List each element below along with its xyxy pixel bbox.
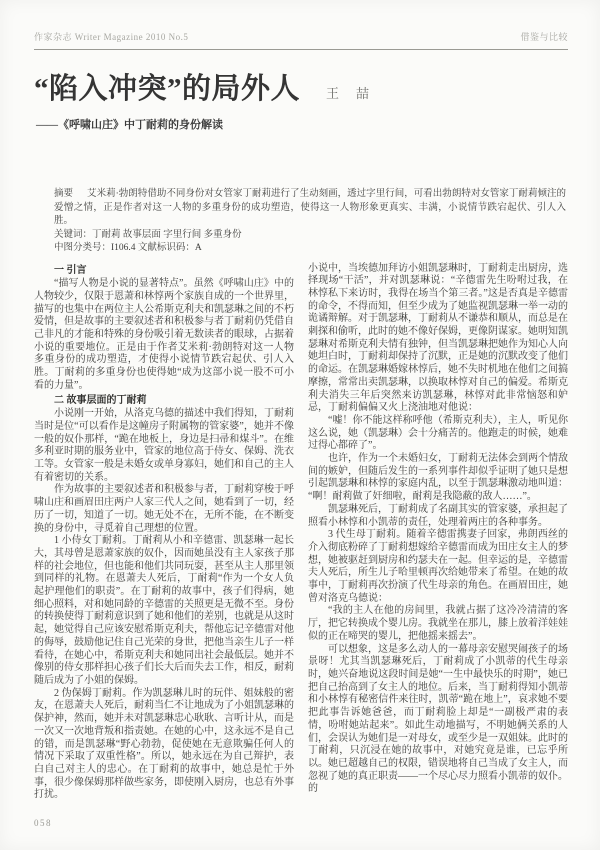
abstract-paragraph: 摘要艾米莉·勃朗特借助不同身份对女管家丁耐莉进行了生动刻画，透过字里行间，可看出… xyxy=(54,188,566,229)
body-paragraph: 2 伪保姆丁耐莉。作为凯瑟琳儿时的玩伴、姐妹般的密友，在恩萧夫人死后，耐莉当仁不… xyxy=(34,688,294,802)
body-paragraph-continued: 小说中，当埃德加拜访小姐凯瑟琳时，丁耐莉走出厨房，选择现场“干活”，并对凯瑟琳说… xyxy=(308,263,568,415)
journal-info: 作家杂志 Writer Magazine 2010 No.5 xyxy=(34,30,188,43)
body-paragraph: 小说刚一开始，从洛克乌德的描述中我们得知，丁耐莉当时是位“可以看作是这幢房子附属… xyxy=(34,408,294,484)
body-paragraph: 也许，作为一个未婚妇女，丁耐莉无法体会到两个情敌间的嫉妒，但随后发生的一系列事件… xyxy=(308,453,568,504)
body-paragraph: 可以想象，这是多么动人的一幕母亲安慰哭闹孩子的场景呀！尤其当凯瑟琳死后，丁耐莉成… xyxy=(308,644,568,796)
body-paragraph: 凯瑟琳死后，丁耐莉成了名副其实的管家婆，承担起了照看小林惇和小凯蒂的责任，处理着… xyxy=(308,504,568,529)
journal-page: 作家杂志 Writer Magazine 2010 No.5 借鉴与比较 “陷入… xyxy=(0,0,600,850)
left-column: 一 引言 “描写人物是小说的显著特点”。虽然《呼啸山庄》中的人物较少，仅限于恩萧… xyxy=(34,263,294,803)
body-paragraph: 作为故事的主要叙述者和积极参与者，丁耐莉穿梭于呼啸山庄和画眉田庄两户人家三代人之… xyxy=(34,484,294,535)
article-title: “陷入冲突”的局外人 xyxy=(34,73,300,105)
abstract-label: 摘要 xyxy=(54,189,73,199)
article-subtitle: ——《呼啸山庄》中丁耐莉的身份解读 xyxy=(36,116,568,132)
page-number: 058 xyxy=(34,818,52,828)
article-body: 一 引言 “描写人物是小说的显著特点”。虽然《呼啸山庄》中的人物较少，仅限于恩萧… xyxy=(34,263,568,803)
abstract-text: 艾米莉·勃朗特借助不同身份对女管家丁耐莉进行了生动刻画，透过字里行间，可看出勃朗… xyxy=(54,189,566,226)
body-paragraph: 1 小侍女丁耐莉。丁耐莉从小和辛德雷、凯瑟琳一起长大，其母曾是恩萧家族的奴仆，因… xyxy=(34,535,294,687)
page-header: 作家杂志 Writer Magazine 2010 No.5 借鉴与比较 xyxy=(34,30,568,43)
body-paragraph: “描写人物是小说的显著特点”。虽然《呼啸山庄》中的人物较少，仅限于恩萧和林惇两个… xyxy=(34,278,294,392)
quote-paragraph: “我的主人在他的房间里，我就占据了这冷冷清清的客厅，把它转换成个婴儿房。我就坐在… xyxy=(308,605,568,643)
section-heading-1: 一 引言 xyxy=(34,265,294,278)
title-row: “陷入冲突”的局外人王 喆 xyxy=(34,66,568,107)
quote-paragraph: “嘘！你不能这样称呼他（希斯克利夫），主人，听见你这么说，她（凯瑟琳）会十分痛苦… xyxy=(308,415,568,453)
author-name: 王 喆 xyxy=(326,86,371,101)
clc-line: 中图分类号：I106.4 文献标识码：A xyxy=(54,242,566,256)
header-divider xyxy=(34,49,568,50)
keywords-line: 关键词：丁耐莉 故事层面 字里行间 多重身份 xyxy=(54,229,566,243)
body-paragraph: 3 代生母丁耐莉。随着辛德雷携妻子回家，弗朗西丝的介入彻底粉碎了丁耐莉想嫁给辛德… xyxy=(308,529,568,605)
section-heading-2: 二 故事层面的丁耐莉 xyxy=(34,395,294,408)
right-column: 小说中，当埃德加拜访小姐凯瑟琳时，丁耐莉走出厨房，选择现场“干活”，并对凯瑟琳说… xyxy=(308,263,568,803)
abstract-block: 摘要艾米莉·勃朗特借助不同身份对女管家丁耐莉进行了生动刻画，透过字里行间，可看出… xyxy=(54,188,566,256)
section-label: 借鉴与比较 xyxy=(520,30,568,43)
